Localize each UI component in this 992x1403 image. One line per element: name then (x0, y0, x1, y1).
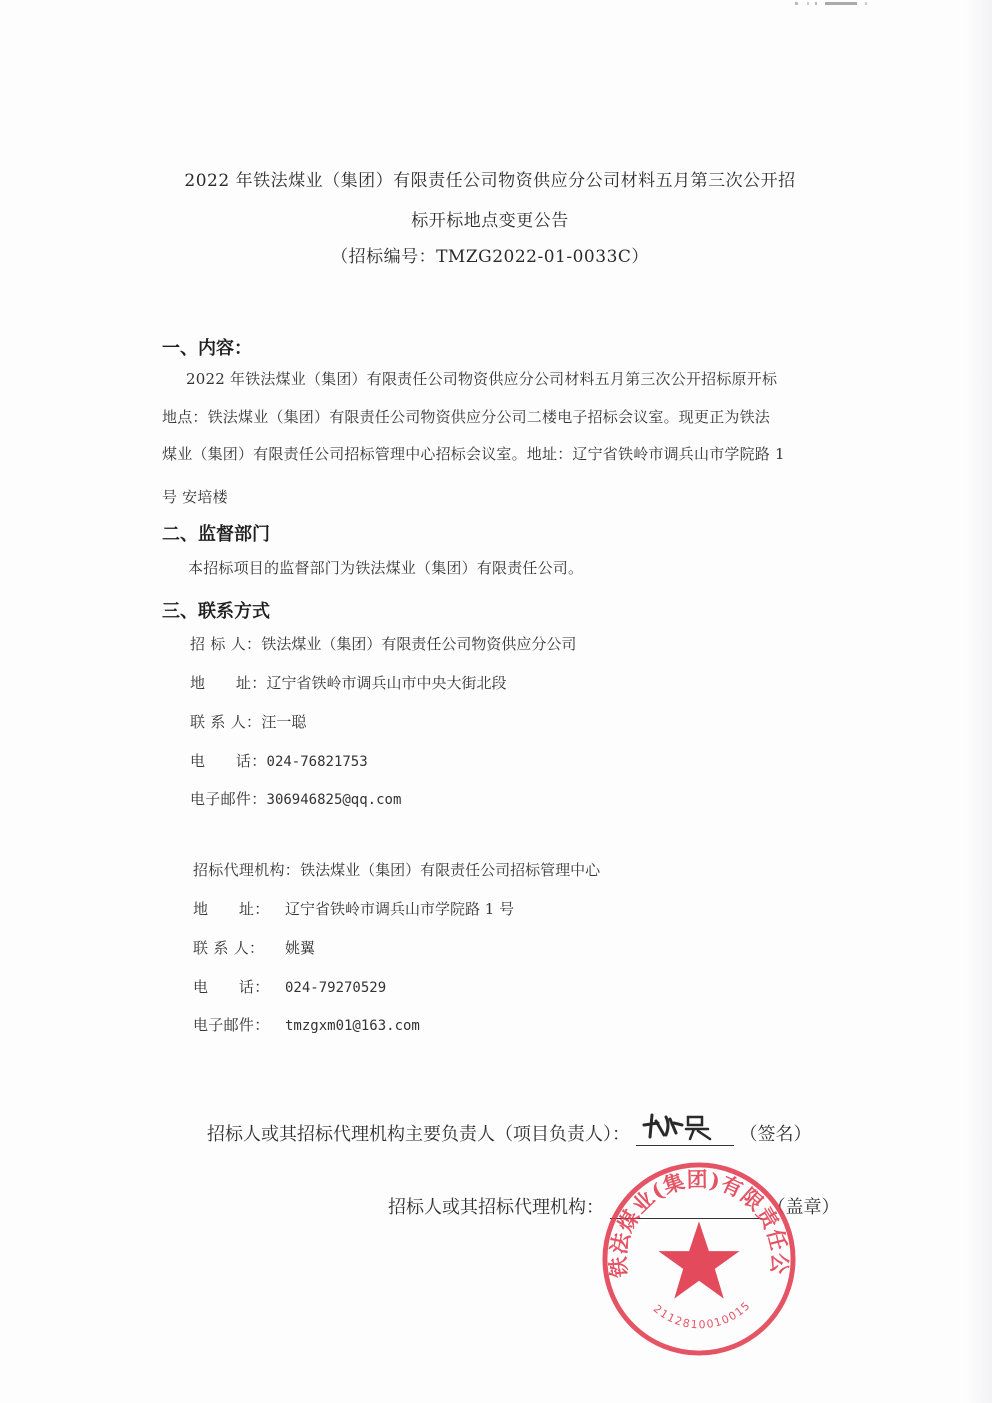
section-content-heading: 一、内容： (162, 334, 252, 360)
tenderer-email-label: 电子邮件： (190, 788, 267, 809)
content-line-4: 号 安培楼 (162, 486, 228, 507)
content-line-3: 煤业（集团）有限责任公司招标管理中心招标会议室。地址：辽宁省铁岭市调兵山市学院路… (162, 443, 785, 464)
section-contact-heading: 三、联系方式 (162, 597, 270, 623)
responsible-signature-row: 招标人或其招标代理机构主要负责人（项目负责人）： （签名） (207, 1119, 811, 1146)
agency-phone-label: 电 话： (193, 976, 285, 997)
content-line-1: 2022 年铁法煤业（集团）有限责任公司物资供应分公司材料五月第三次公开招标原开… (186, 368, 777, 389)
section-supervision-heading: 二、监督部门 (162, 520, 270, 546)
tenderer-name-label: 招 标 人： (190, 633, 261, 654)
agency-stamp-label: 招标人或其招标代理机构： (388, 1197, 604, 1218)
sign-suffix: （签名） (739, 1124, 811, 1145)
agency-name-label: 招标代理机构： (193, 859, 300, 880)
tenderer-contact-row: 联 系 人：汪一聪 (190, 711, 306, 732)
agency-contact: 姚翼 (285, 939, 315, 957)
agency-phone-row: 电 话：024-79270529 (193, 976, 386, 997)
agency-email[interactable]: tmzgxm01@163.com (285, 1018, 420, 1034)
official-seal-icon: 铁法煤业(集团)有限责任公司招标管理中心 211281001001529 (600, 1160, 798, 1358)
tenderer-contact: 汪一聪 (261, 713, 306, 731)
title-line-1: 2022 年铁法煤业（集团）有限责任公司物资供应分公司材料五月第三次公开招 (150, 166, 830, 191)
tenderer-name-row: 招 标 人：铁法煤业（集团）有限责任公司物资供应分公司 (190, 633, 576, 654)
tenderer-address-row: 地 址：辽宁省铁岭市调兵山市中央大街北段 (190, 672, 507, 693)
tender-number: （招标编号：TMZG2022-01-0033C） (150, 242, 830, 267)
tenderer-email[interactable]: 306946825@qq.com (267, 792, 402, 808)
tenderer-email-row: 电子邮件：306946825@qq.com (190, 788, 401, 809)
tenderer-phone-row: 电 话：024-76821753 (190, 750, 368, 771)
responsible-label: 招标人或其招标代理机构主要负责人（项目负责人）： (207, 1124, 630, 1145)
agency-contact-label: 联 系 人： (193, 937, 285, 958)
agency-address-label: 地 址： (193, 898, 285, 919)
handwritten-signature-icon (636, 1111, 734, 1141)
tenderer-phone-label: 电 话： (190, 750, 267, 771)
agency-email-row: 电子邮件：tmzgxm01@163.com (193, 1014, 420, 1035)
agency-name-row: 招标代理机构：铁法煤业（集团）有限责任公司招标管理中心 (193, 859, 600, 880)
agency-address: 辽宁省铁岭市调兵山市学院路 1 号 (285, 900, 514, 918)
page-edge-shadow (966, 0, 992, 1403)
agency-phone: 024-79270529 (285, 980, 386, 996)
tenderer-name: 铁法煤业（集团）有限责任公司物资供应分公司 (261, 635, 576, 653)
title-line-2: 标开标地点变更公告 (150, 206, 830, 231)
scan-artifact (795, 2, 885, 5)
supervision-text: 本招标项目的监督部门为铁法煤业（集团）有限责任公司。 (188, 557, 583, 578)
content-line-2: 地点：铁法煤业（集团）有限责任公司物资供应分公司二楼电子招标会议室。现更正为铁法 (162, 406, 770, 427)
agency-email-label: 电子邮件： (193, 1014, 285, 1035)
tenderer-phone: 024-76821753 (267, 754, 368, 770)
tenderer-address: 辽宁省铁岭市调兵山市中央大街北段 (267, 674, 507, 692)
agency-contact-row: 联 系 人：姚翼 (193, 937, 315, 958)
agency-name: 铁法煤业（集团）有限责任公司招标管理中心 (300, 861, 600, 879)
signature-line (636, 1119, 734, 1146)
tenderer-contact-label: 联 系 人： (190, 711, 261, 732)
tenderer-address-label: 地 址： (190, 672, 267, 693)
agency-address-row: 地 址：辽宁省铁岭市调兵山市学院路 1 号 (193, 898, 514, 919)
document-page: 2022 年铁法煤业（集团）有限责任公司物资供应分公司材料五月第三次公开招 标开… (0, 0, 992, 1403)
